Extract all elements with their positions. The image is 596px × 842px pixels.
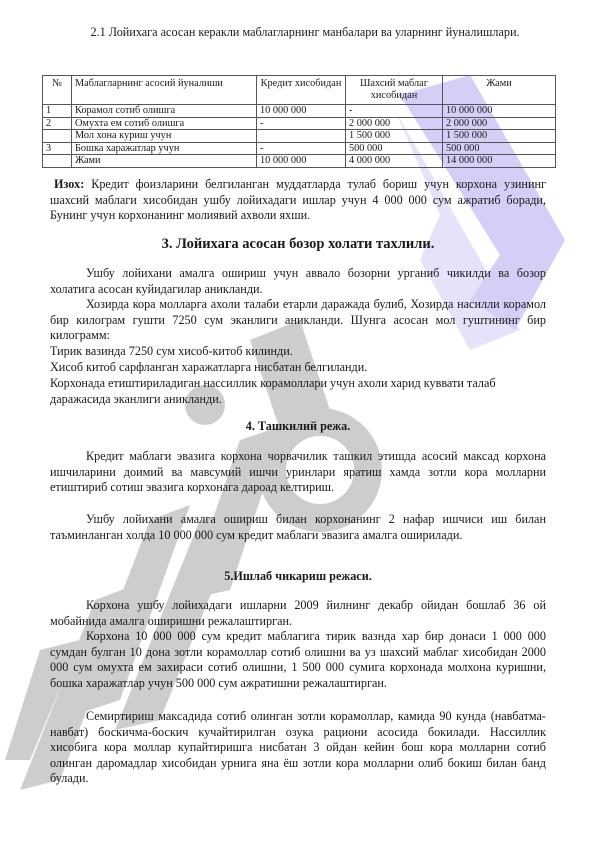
cell-total: 10 000 000 [443, 105, 556, 118]
cell-direction: Мол хона куриш учун [72, 130, 257, 143]
cell-credit: - [257, 142, 346, 155]
cell-number [43, 130, 72, 143]
note-label: Изох: [54, 177, 84, 191]
cell-credit [257, 130, 346, 143]
cell-direction: Омухта ем сотиб олишга [72, 117, 257, 130]
cell-total: 500 000 [443, 142, 556, 155]
col-header-number: № [43, 76, 72, 105]
cell-number: 1 [43, 105, 72, 118]
section3-line-1: Тирик вазинда 7250 сум хисоб-китоб килин… [50, 344, 546, 360]
section5-paragraph-2: Корхона 10 000 000 сум кредит маблагига … [50, 629, 546, 691]
section5-paragraph-3: Семиртириш максадида сотиб олинган зотли… [50, 709, 546, 787]
cell-credit: 10 000 000 [257, 155, 346, 168]
cell-own-funds: 1 500 000 [346, 130, 443, 143]
cell-direction: Жами [72, 155, 257, 168]
table-row: 1 Корамол сотиб олишга 10 000 000 - 10 0… [43, 105, 556, 118]
cell-own-funds: 4 000 000 [346, 155, 443, 168]
col-header-direction: Маблагларнинг асосий йуналиши [72, 76, 257, 105]
cell-own-funds: 2 000 000 [346, 117, 443, 130]
cell-own-funds: - [346, 105, 443, 118]
section3-line-2: Хисоб китоб сарфланган харажатларга нисб… [50, 360, 546, 376]
note-text: Кредит фоизларини белгиланган муддатлард… [50, 177, 546, 222]
cell-total: 1 500 000 [443, 130, 556, 143]
table-row: 3 Бошка харажатлар учун - 500 000 500 00… [43, 142, 556, 155]
section-title: 2.1 Лойихага асосан керакли маблагларнин… [80, 24, 530, 41]
cell-number: 3 [43, 142, 72, 155]
section4-heading: 4. Ташкилий режа. [50, 419, 546, 434]
section4-paragraph-2: Ушбу лойихани амалга ошириш билан корхон… [50, 512, 546, 543]
cell-credit: 10 000 000 [257, 105, 346, 118]
section3-line-3: Корхонада етиштириладиган нассиллик кора… [50, 376, 546, 407]
table-row: 2 Омухта ем сотиб олишга - 2 000 000 2 0… [43, 117, 556, 130]
section3-paragraph-1: Ушбу лойихани амалга ошириш учун аввало … [50, 266, 546, 297]
cell-number [43, 155, 72, 168]
cell-own-funds: 500 000 [346, 142, 443, 155]
section3-heading: 3. Лойихага асосан бозор холати тахлили. [50, 236, 546, 253]
table-header-row: № Маблагларнинг асосий йуналиши Кредит х… [43, 76, 556, 105]
cell-total: 2 000 000 [443, 117, 556, 130]
cell-direction: Корамол сотиб олишга [72, 105, 257, 118]
col-header-own-funds: Шахсий маблаг хисобидан [346, 76, 443, 105]
table-total-row: Жами 10 000 000 4 000 000 14 000 000 [43, 155, 556, 168]
cell-direction: Бошка харажатлар учун [72, 142, 257, 155]
section4-paragraph-1: Кредит маблаги эвазига корхона чорвачили… [50, 449, 546, 496]
col-header-total: Жами [443, 76, 556, 105]
col-header-credit: Кредит хисобидан [257, 76, 346, 105]
table-row: Мол хона куриш учун 1 500 000 1 500 000 [43, 130, 556, 143]
section5-heading: 5.Ишлаб чикариш режаси. [50, 569, 546, 584]
note-paragraph: Изох: Кредит фоизларини белгиланган мудд… [50, 177, 546, 224]
section3-paragraph-2: Хозирда кора молларга ахоли талаби етарл… [50, 297, 546, 344]
funding-sources-table: № Маблагларнинг асосий йуналиши Кредит х… [42, 75, 556, 168]
cell-credit: - [257, 117, 346, 130]
document-page: 2.1 Лойихага асосан керакли маблагларнин… [0, 0, 596, 842]
cell-total: 14 000 000 [443, 155, 556, 168]
cell-number: 2 [43, 117, 72, 130]
section5-paragraph-1: Корхона ушбу лойихадаги ишларни 2009 йил… [50, 598, 546, 629]
